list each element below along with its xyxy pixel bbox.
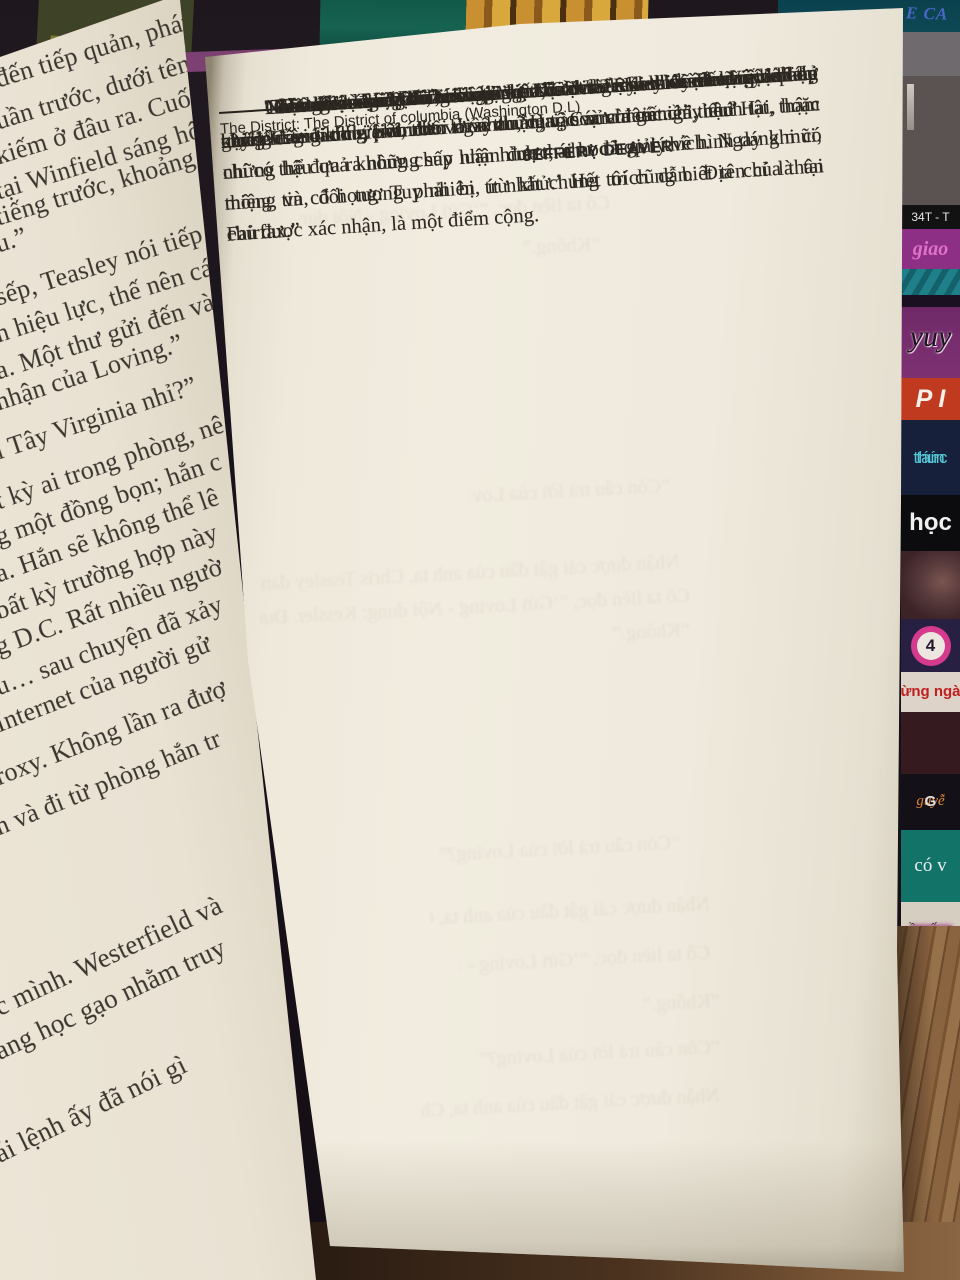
book-spine: học	[901, 495, 960, 551]
left-page-text-fragment: ái lệnh ấy đã nói gì	[0, 1049, 192, 1169]
book-spine: 4	[901, 619, 960, 672]
spine-title-fragment: có v	[914, 856, 946, 876]
book-spine: giao	[901, 229, 960, 269]
spine-title-fragment: tám	[916, 449, 944, 467]
show-through-line: Cô ta liền đọc, “‘Gửi Loving - Nội dung:…	[460, 941, 711, 977]
spine-title-fragment: giao	[913, 239, 949, 260]
left-page-text-fragment: u.”	[0, 221, 31, 259]
book-spine: thứctám	[901, 420, 960, 495]
book-spine: có v	[901, 830, 960, 902]
book-photo-scene: T NAM E CA 34T - TgiaoyuyP Ithứctámhọc4ừ…	[0, 0, 960, 1280]
book-spine	[901, 551, 960, 619]
book-spine: yuy	[901, 295, 960, 378]
show-through-line: “Còn câu trả lời của Loving?”	[430, 831, 681, 867]
circle-badge-icon: 4	[911, 626, 951, 666]
spine-title-fragment: 34T - T	[911, 211, 949, 224]
book-spine: 34T - T	[901, 205, 960, 229]
show-through-line: “Không.”	[330, 990, 721, 1033]
book-spine: ừng ngà	[901, 672, 960, 712]
spine-title-fragment: học	[909, 510, 952, 535]
book-title-fragment: E CA	[905, 3, 948, 24]
show-through-line: Nhận được cái gật đầu của anh ta, Chris …	[430, 893, 711, 931]
spine-title-fragment: ừng ngà	[901, 684, 960, 700]
body-paragraphs: Nhận được cái gật đầu của anh ta, Chris …	[218, 58, 817, 96]
book-spine: P I	[901, 378, 960, 420]
book-spine	[901, 76, 960, 205]
book-spine: guyễG	[901, 774, 960, 830]
book-spine	[901, 712, 960, 774]
spine-title-fragment: G	[925, 794, 937, 810]
spine-title-fragment: P I	[916, 386, 946, 412]
show-through-line: “Còn câu trả lời của Loving?”	[470, 475, 671, 508]
show-through-line: Nhận được cái gật đầu của anh ta, Chris …	[420, 1084, 721, 1123]
page-text-block: Nhận được cái gật đầu của anh ta, Chris …	[218, 58, 821, 166]
show-through-line: “Còn câu trả lời của Loving?”	[330, 1036, 721, 1079]
spine-title-fragment: yuy	[910, 321, 952, 353]
book-spine-stack: 34T - TgiaoyuyP Ithứctámhọc4ừng ngàguyễG…	[901, 76, 960, 958]
book-spine	[901, 269, 960, 295]
